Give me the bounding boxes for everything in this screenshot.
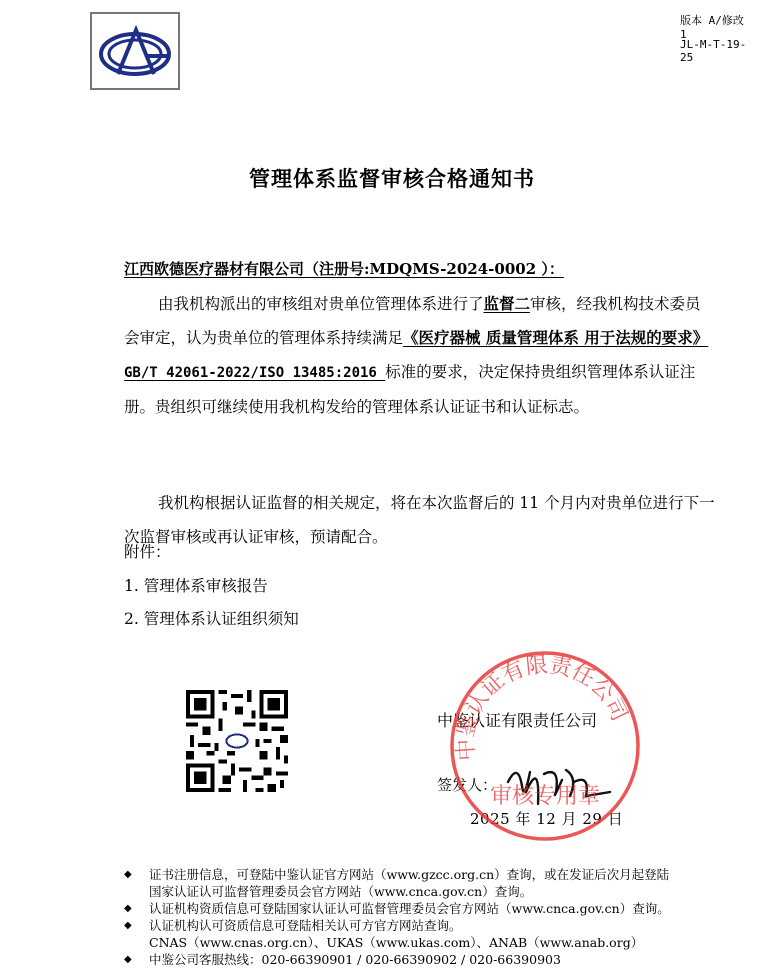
note-line: 认证机构认可资质信息可登陆相关认可方官方网站查询。	[149, 917, 724, 934]
attachment-item: 2. 管理体系认证组织须知	[124, 607, 299, 629]
standard-name: 《医疗器械 质量管理体系 用于法规的要求》	[403, 328, 708, 347]
p1-text-1: 由我机构派出的审核组对贵单位管理体系进行了	[158, 295, 484, 313]
audit-type: 监督二	[484, 294, 531, 313]
note-item: ◆ 证书注册信息，可登陆中鉴认证官方网站（www.gzcc.org.cn）查询，…	[124, 866, 724, 900]
standard-code: GB/T 42061-2022/ISO 13485:2016	[124, 365, 385, 381]
company-logo-icon	[96, 18, 174, 84]
signer-label: 签发人：	[437, 774, 497, 795]
signature-icon	[500, 752, 620, 812]
footer-notes: ◆ 证书注册信息，可登陆中鉴认证官方网站（www.gzcc.org.cn）查询，…	[124, 866, 724, 968]
note-item: ◆ 中鉴公司客服热线：020-66390901 / 020-66390902 /…	[124, 951, 724, 968]
notice-paragraph-1: 由我机构派出的审核组对贵单位管理体系进行了监督二审核，经我机构技术委员会审定，认…	[124, 287, 716, 424]
addressee: 江西欧德医疗器材有限公司（注册号:MDQMS-2024-0002 ）：	[124, 258, 564, 279]
attachments-label: 附件：	[124, 540, 171, 562]
company-logo	[90, 12, 180, 90]
note-line: 中鉴公司客服热线：020-66390901 / 020-66390902 / 0…	[149, 951, 724, 968]
note-line: CNAS（www.cnas.org.cn）、UKAS（www.ukas.com）…	[149, 934, 724, 951]
diamond-bullet-icon: ◆	[124, 917, 132, 934]
diamond-bullet-icon: ◆	[124, 951, 132, 968]
qr-code[interactable]	[184, 690, 290, 792]
diamond-bullet-icon: ◆	[124, 866, 132, 883]
page-title: 管理体系监督审核合格通知书	[0, 163, 784, 193]
p2-text: 我机构根据认证监督的相关规定，将在本次监督后的 11 个月内对贵单位进行下一次监…	[124, 494, 715, 546]
note-line: 证书注册信息，可登陆中鉴认证官方网站（www.gzcc.org.cn）查询，或在…	[149, 866, 724, 883]
note-line: 国家认证认可监督管理委员会官方网站（www.cnca.gov.cn）查询。	[149, 883, 724, 900]
note-line: 认证机构资质信息可登陆国家认证认可监督管理委员会官方网站（www.cnca.go…	[149, 900, 724, 917]
note-item: ◆ 认证机构资质信息可登陆国家认证认可监督管理委员会官方网站（www.cnca.…	[124, 900, 724, 917]
issuer-name: 中鉴认证有限责任公司	[437, 708, 597, 731]
notice-paragraph-2: 我机构根据认证监督的相关规定，将在本次监督后的 11 个月内对贵单位进行下一次监…	[124, 486, 716, 554]
issue-date: 2025 年 12 月 29 日	[470, 808, 623, 829]
document-code: JL-M-T-19-25	[680, 38, 756, 64]
version-label: 版本 A/修改 1	[680, 12, 756, 41]
diamond-bullet-icon: ◆	[124, 900, 132, 917]
note-item: ◆ 认证机构认可资质信息可登陆相关认可方官方网站查询。 CNAS（www.cna…	[124, 917, 724, 951]
attachment-item: 1. 管理体系审核报告	[124, 574, 268, 596]
